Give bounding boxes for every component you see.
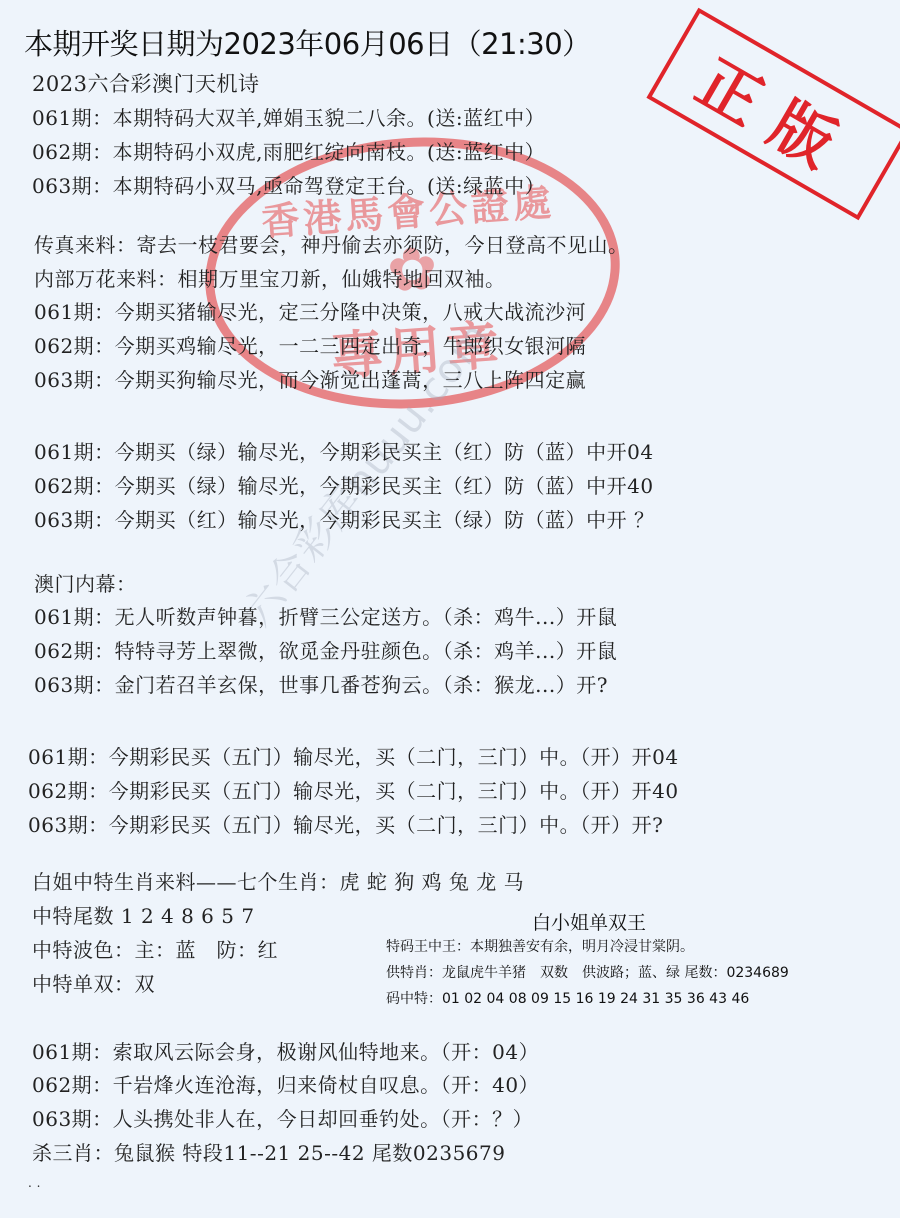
door-line: 062期：今期彩民买（五门）输尽光，买（二门，三门）中。（开）开40	[28, 775, 679, 804]
fax-period-line: 063期：今期买狗输尽光，而今渐觉出蓬蒿，三八上阵四定赢	[34, 364, 586, 393]
door-line: 063期：今期彩民买（五门）输尽光，买（二门，三门）中。（开）开?	[28, 809, 663, 838]
box-line: 供特肖：龙鼠虎牛羊猪 双数 供波路；蓝、绿 尾数：0234689	[386, 962, 789, 982]
poem-subtitle: 2023六合彩澳门天机诗	[32, 68, 259, 98]
poem-line: 061期：本期特码大双羊,婵娟玉貌二八余。(送:蓝红中）	[32, 102, 545, 131]
final-line: 063期：人头携处非人在，今日却回垂钓处。（开：？）	[32, 1103, 533, 1132]
baijie-oddeven: 中特单双：双	[32, 968, 155, 997]
color-line: 063期：今期买（红）输尽光，今期彩民买主（绿）防（蓝）中开 ？	[34, 504, 655, 533]
box-line: 码中特：01 02 04 08 09 15 16 19 24 31 35 36 …	[386, 988, 749, 1008]
lottery-document: 香港馬會公證處 ✿ 專用章 六合彩库huuu.com 正版 本期开奖日期为202…	[0, 0, 900, 1218]
genuine-stamp-text: 正版	[683, 33, 873, 194]
flower-line: 内部万花来料：相期万里宝刀新，仙娥特地回双袖。	[34, 263, 506, 292]
box-title: 白小姐单双王	[532, 908, 646, 935]
fax-period-line: 061期：今期买猪输尽光，定三分隆中决策，八戒大战流沙河	[34, 296, 586, 325]
fax-period-line: 062期：今期买鸡输尽光，一二三四定出奇，牛郎织女银河隔	[34, 330, 586, 359]
macau-heading: 澳门内幕：	[34, 568, 137, 597]
page-title: 本期开奖日期为2023年06月06日（21:30）	[24, 22, 591, 63]
color-line: 061期：今期买（绿）输尽光，今期彩民买主（红）防（蓝）中开04	[34, 436, 654, 465]
poem-line: 062期：本期特码小双虎,雨肥红绽向南枝。(送:蓝红中）	[32, 136, 545, 165]
door-line: 061期：今期彩民买（五门）输尽光，买（二门，三门）中。（开）开04	[28, 741, 679, 770]
color-line: 062期：今期买（绿）输尽光，今期彩民买主（红）防（蓝）中开40	[34, 470, 654, 499]
final-line: 061期：索取风云际会身，极谢风仙特地来。（开：04）	[32, 1036, 539, 1065]
macau-line: 063期：金门若召羊玄保，世事几番苍狗云。（杀：猴龙...）开?	[34, 669, 608, 698]
kill-line: 杀三肖：兔鼠猴 特段11--21 25--42 尾数0235679	[32, 1137, 505, 1166]
box-line: 特码王中王：本期独善安有余，明月冷浸甘棠阴。	[386, 936, 694, 956]
macau-line: 061期：无人听数声钟暮，折臂三公定送方。（杀：鸡牛...）开鼠	[34, 601, 617, 630]
final-line: 062期：千岩烽火连沧海，归来倚杖自叹息。（开：40）	[32, 1069, 539, 1098]
fax-line: 传真来料：寄去一枝君要会，神丹偷去亦须防，今日登高不见山。	[34, 229, 629, 258]
baijie-tail: 中特尾数 1 2 4 8 6 5 7	[32, 900, 255, 929]
poem-line: 063期：本期特码小双马,亟命驾登定王台。(送:绿蓝中）	[32, 170, 545, 199]
genuine-stamp: 正版	[646, 8, 900, 221]
baijie-zodiac: 白姐中特生肖来料——七个生肖：虎 蛇 狗 鸡 兔 龙 马	[32, 866, 524, 895]
macau-line: 062期：特特寻芳上翠微，欲觅金丹驻颜色。（杀：鸡羊...）开鼠	[34, 635, 617, 664]
trailing-dots: . .	[28, 1176, 41, 1190]
baijie-wave: 中特波色：主：蓝 防：红	[32, 934, 278, 963]
